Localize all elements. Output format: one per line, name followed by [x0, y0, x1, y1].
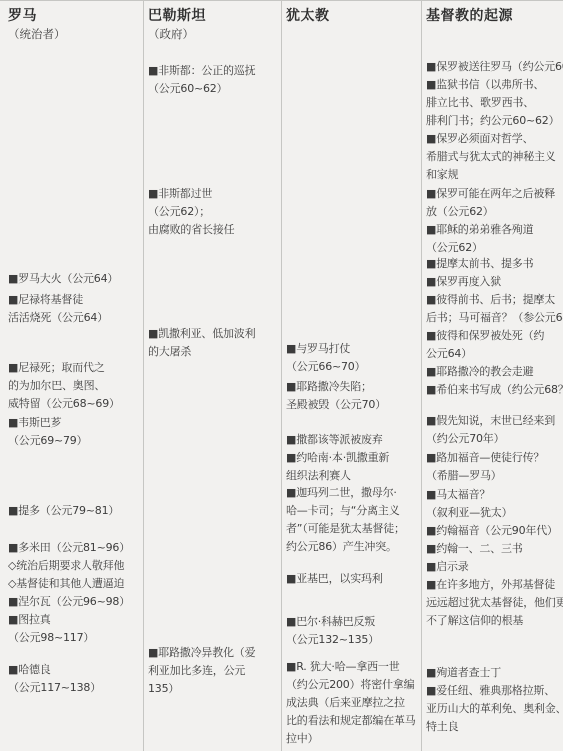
timeline-item: ■假先知说，末世已经来到 （约公元70年）: [426, 412, 555, 448]
column-divider: [281, 1, 282, 751]
column-palestine-subheader: （政府）: [148, 25, 279, 43]
timeline-item: ■约翰一、二、三书: [426, 540, 523, 558]
timeline-item: ■耶路撒冷失陷； 圣殿被毁（公元70）: [286, 378, 386, 414]
timeline-item: ■非斯都：公正的巡抚 （公元60~62）: [148, 62, 255, 98]
timeline-item: ■图拉真 （公元98~117）: [8, 611, 94, 647]
timeline-item: ■耶稣的弟弟雅各殉道 （公元62）: [426, 221, 533, 257]
timeline-item: ◇统治后期要求人敬拜他: [8, 557, 124, 575]
timeline-item: ■R. 犹大·哈—拿西一世 （约公元200）将密什拿编 成法典（后来亚摩拉之拉 …: [286, 658, 416, 748]
timeline-item: ■约哈南·本·凯撒重新 组织法利赛人: [286, 449, 389, 485]
timeline-item: ■希伯来书写成（约公元68？）: [426, 381, 563, 399]
timeline-table: 罗马 （统治者） ■罗马大火（公元64）■尼禄将基督徒 活活烧死（公元64）■尼…: [0, 0, 563, 751]
timeline-item: ■亚基巴，以实玛利: [286, 570, 383, 588]
timeline-item: ■提多（公元79~81）: [8, 502, 119, 520]
column-palestine-header: 巴勒斯坦: [148, 0, 279, 25]
timeline-item: ■在许多地方，外邦基督徒 远远超过犹太基督徒，他们更 不了解这信仰的根基: [426, 576, 563, 630]
timeline-item: ■韦斯巴芗 （公元69~79）: [8, 414, 87, 450]
timeline-item: ■非斯都过世 （公元62）； 由腐败的省长接任: [148, 185, 234, 239]
column-judaism: 犹太教 ■与罗马打仗 （公元66~70）■耶路撒冷失陷； 圣殿被毁（公元70）■…: [286, 0, 420, 751]
timeline-item: ■保罗必须面对哲学、 希腊式与犹太式的神秘主义 和家规: [426, 130, 556, 184]
timeline-item: ■尼禄死；取而代之 的为加尔巴、奥图、 威特留（公元68~69）: [8, 359, 120, 413]
column-christian-origins-header: 基督教的起源: [426, 0, 563, 25]
timeline-item: ■耶路撒冷异教化（爱 利亚加比多连，公元 135）: [148, 644, 255, 698]
timeline-item: ■彼得前书、后书；提摩太 后书；马可福音？（参公元64）: [426, 291, 563, 327]
timeline-item: ■罗马大火（公元64）: [8, 270, 118, 288]
timeline-item: ■撒都该等派被废弃: [286, 431, 383, 449]
timeline-item: ■爱任纽、雅典那格拉斯、 亚历山大的革利免、奥利金、 特土良: [426, 682, 563, 736]
column-christian-origins: 基督教的起源 ■保罗被送往罗马（约公元60）■监狱书信（以弗所书、 腓立比书、歌…: [426, 0, 563, 751]
column-rome: 罗马 （统治者） ■罗马大火（公元64）■尼禄将基督徒 活活烧死（公元64）■尼…: [8, 0, 144, 751]
column-palestine: 巴勒斯坦 （政府） ■非斯都：公正的巡抚 （公元60~62）■非斯都过世 （公元…: [148, 0, 279, 751]
column-rome-subheader: （统治者）: [8, 25, 144, 43]
timeline-item: ■保罗再度入狱: [426, 273, 501, 291]
timeline-item: ■迦玛列二世，撒母尔· 哈—卡司；与“分离主义 者”（可能是犹太基督徒； 约公元…: [286, 484, 405, 556]
timeline-item: ■哈德良 （公元117~138）: [8, 661, 101, 697]
timeline-item: ■殉道者查士丁: [426, 664, 501, 682]
timeline-item: ■约翰福音（公元90年代）: [426, 522, 558, 540]
timeline-item: ■与罗马打仗 （公元66~70）: [286, 340, 365, 376]
timeline-item: ■尼禄将基督徒 活活烧死（公元64）: [8, 291, 108, 327]
timeline-item: ■多米田（公元81~96）: [8, 539, 130, 557]
timeline-item: ■凯撒利亚、低加波利 的大屠杀: [148, 325, 255, 361]
column-judaism-header: 犹太教: [286, 0, 420, 25]
timeline-item: ■涅尔瓦（公元96~98）: [8, 593, 130, 611]
timeline-item: ■耶路撒冷的教会走避: [426, 363, 533, 381]
timeline-item: ■巴尔·科赫巴反叛 （公元132~135）: [286, 613, 379, 649]
column-divider: [421, 1, 422, 751]
timeline-item: ■监狱书信（以弗所书、 腓立比书、歌罗西书、 腓利门书；约公元60~62）: [426, 76, 559, 130]
timeline-item: ■保罗被送往罗马（约公元60）: [426, 58, 563, 76]
timeline-item: ■马太福音？ （叙利亚—犹太）: [426, 486, 512, 522]
timeline-item: ■保罗可能在两年之后被释 放（公元62）: [426, 185, 555, 221]
timeline-item: ■彼得和保罗被处死（约 公元64）: [426, 327, 544, 363]
timeline-item: ■启示录: [426, 558, 469, 576]
timeline-item: ■提摩太前书、提多书: [426, 255, 533, 273]
column-rome-header: 罗马: [8, 0, 144, 25]
timeline-item: ◇基督徒和其他人遭逼迫: [8, 575, 124, 593]
timeline-item: ■路加福音—使徒行传？ （希腊—罗马）: [426, 449, 544, 485]
